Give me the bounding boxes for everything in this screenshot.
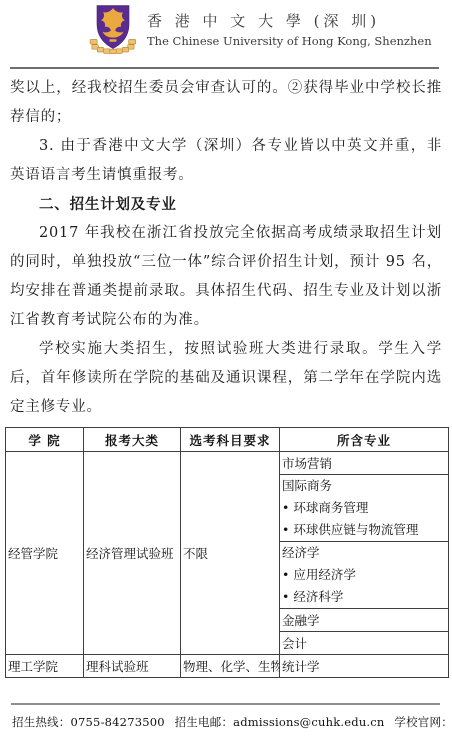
majors-cell-economics: 经济学 • 应用经济学 • 经济科学 xyxy=(280,542,449,609)
major-line: • 环球供应链与物流管理 xyxy=(282,519,446,541)
col-header-majors: 所含专业 xyxy=(280,428,449,452)
hotline-number: 0755-84273500 xyxy=(71,715,165,729)
table-header-row: 学 院 报考大类 选考科目要求 所含专业 xyxy=(6,428,449,452)
official-website: 学校官网：www.cuhk.edu.cn xyxy=(394,715,452,729)
email-label: 招生电邮： xyxy=(175,715,234,729)
cuhk-shenzhen-emblem-icon xyxy=(89,4,137,54)
majors-cell-statistics: 统计学 xyxy=(280,655,449,678)
majors-cell-finance: 金融学 xyxy=(280,609,449,632)
admissions-email: 招生电邮：admissions@cuhk.edu.cn xyxy=(175,715,385,729)
university-name-chinese: 香 港 中 文 大 學 (深 圳) xyxy=(147,10,432,31)
footer-divider xyxy=(11,703,440,705)
paragraph-enrollment: 学校实施大类招生，按照试验班大类进行录取。学生入学后，首年修读所在学院的基础及通… xyxy=(10,335,442,422)
category-cell: 理科试验班 xyxy=(84,655,181,678)
major-line: • 应用经济学 xyxy=(282,564,446,586)
university-header: 香 港 中 文 大 學 (深 圳) The Chinese University… xyxy=(89,4,432,54)
section-heading: 二、招生计划及专业 xyxy=(10,190,442,219)
footer-contact: 招生热线：0755-84273500 招生电邮：admissions@cuhk.… xyxy=(12,714,446,730)
college-cell: 理工学院 xyxy=(6,655,84,678)
major-line: • 经济科学 xyxy=(282,586,446,608)
admissions-table: 学 院 报考大类 选考科目要求 所含专业 经管学院 经济管理试验班 不限 市场营… xyxy=(5,427,449,678)
col-header-subjects: 选考科目要求 xyxy=(181,428,280,452)
hotline-label: 招生热线： xyxy=(12,715,71,729)
paragraph-note-3: 3. 由于香港中文大学（深圳）各专业皆以中英文并重，非英语语言考生请慎重报考。 xyxy=(10,132,442,190)
document-body: 奖以上，经我校招生委员会审查认可的。②获得毕业中学校长推荐信的； 3. 由于香港… xyxy=(10,74,442,422)
col-header-category: 报考大类 xyxy=(84,428,181,452)
university-name-english: The Chinese University of Hong Kong, She… xyxy=(147,34,432,48)
major-line: 国际商务 xyxy=(282,475,446,497)
major-line: 经济学 xyxy=(282,542,446,564)
majors-cell-international-business: 国际商务 • 环球商务管理 • 环球供应链与物流管理 xyxy=(280,475,449,542)
document-page: 香 港 中 文 大 學 (深 圳) The Chinese University… xyxy=(0,0,452,742)
table-row: 经管学院 经济管理试验班 不限 市场营销 xyxy=(6,452,449,475)
paragraph-continuation: 奖以上，经我校招生委员会审查认可的。②获得毕业中学校长推荐信的； xyxy=(10,74,442,132)
major-line: • 环球商务管理 xyxy=(282,497,446,519)
hotline: 招生热线：0755-84273500 xyxy=(12,715,165,729)
majors-cell-accounting: 会计 xyxy=(280,632,449,655)
paragraph-plan: 2017 年我校在浙江省投放完全依据高考成绩录取招生计划的同时，单独投放“三位一… xyxy=(10,219,442,335)
email-address: admissions@cuhk.edu.cn xyxy=(233,715,384,729)
college-cell: 经管学院 xyxy=(6,452,84,655)
category-cell: 经济管理试验班 xyxy=(84,452,181,655)
website-label: 学校官网： xyxy=(394,715,452,729)
majors-cell-marketing: 市场营销 xyxy=(280,452,449,475)
university-titles: 香 港 中 文 大 學 (深 圳) The Chinese University… xyxy=(147,4,432,48)
header-divider xyxy=(10,67,439,69)
subjects-cell: 物理、化学、生物 xyxy=(181,655,280,678)
col-header-college: 学 院 xyxy=(6,428,84,452)
subjects-cell: 不限 xyxy=(181,452,280,655)
table-row: 理工学院 理科试验班 物理、化学、生物 统计学 xyxy=(6,655,449,678)
